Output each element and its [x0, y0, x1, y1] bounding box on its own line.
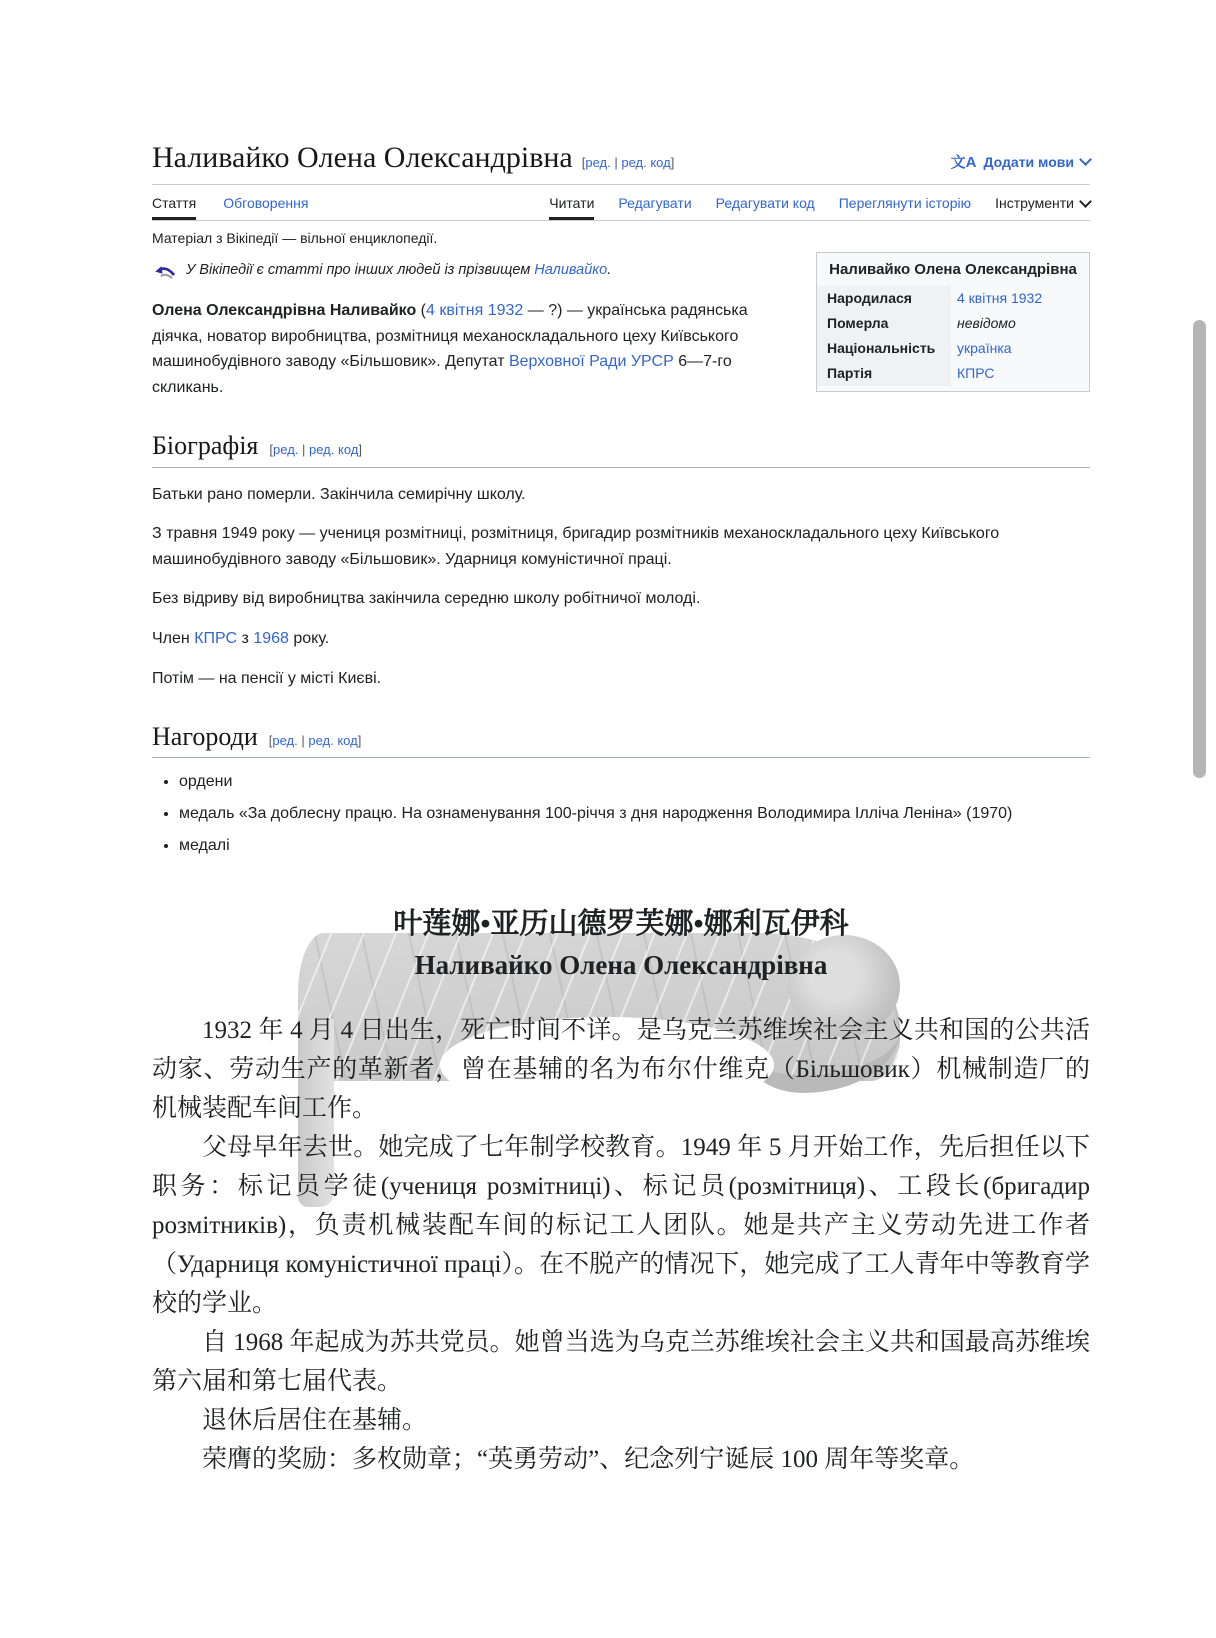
inline-link[interactable]: 4 квітня	[426, 302, 483, 319]
infobox-label: Національність	[817, 336, 951, 361]
article-tabbar: Стаття Обговорення Читати Редагувати Ред…	[152, 185, 1090, 221]
text-segment: .	[607, 262, 611, 278]
infobox-value-link[interactable]: КПРС	[957, 365, 995, 381]
language-icon: 文A	[951, 151, 977, 172]
scrollbar-thumb[interactable]	[1193, 320, 1206, 778]
infobox-row: Партія КПРС	[817, 361, 1089, 386]
inline-link[interactable]: ред.	[585, 155, 610, 170]
tab-article[interactable]: Стаття	[152, 185, 196, 220]
inline-link[interactable]: ред.	[273, 442, 298, 457]
site-tagline: Матеріал з Вікіпедії — вільної енциклопе…	[152, 230, 1090, 246]
text-segment: з	[237, 630, 253, 647]
text-segment: |	[298, 733, 309, 748]
awards-list: ордени медаль «За доблесну працю. На озн…	[179, 770, 1090, 858]
tab-read[interactable]: Читати	[549, 185, 594, 220]
page-title: Наливайко Олена Олександрівна	[152, 141, 573, 174]
tab-edit[interactable]: Редагувати	[618, 185, 691, 220]
inline-link[interactable]: 1968	[253, 630, 289, 647]
text-segment: (	[416, 302, 426, 319]
infobox-value-link[interactable]: українка	[957, 340, 1012, 356]
tab-talk[interactable]: Обговорення	[223, 185, 308, 220]
infobox-label: Партія	[817, 361, 951, 386]
infobox-row: Народилася 4 квітня 1932	[817, 286, 1089, 311]
title-edit-links[interactable]: [ред. | ред. код]	[582, 155, 675, 170]
section-edit-links[interactable]: [ред. | ред. код]	[269, 733, 362, 748]
inline-link[interactable]: Верховної Ради УРСР	[509, 353, 674, 370]
infobox-label: Померла	[817, 311, 951, 336]
section-heading-biography: Біографія[ред. | ред. код]	[152, 430, 1090, 467]
infobox-value: невідомо	[951, 311, 1089, 336]
inline-link[interactable]: Наливайко	[534, 262, 607, 278]
section-edit-links[interactable]: [ред. | ред. код]	[269, 442, 362, 457]
inline-link[interactable]: 1932	[488, 302, 524, 319]
chinese-title: 叶莲娜•亚历山德罗芙娜•娜利瓦伊科	[152, 901, 1090, 942]
tools-label: Інструменти	[995, 195, 1074, 211]
add-languages-label: Додати мови	[984, 154, 1074, 170]
biography-paragraph: Потім — на пенсії у місті Києві.	[152, 666, 1090, 692]
award-list-item: медаль «За доблесну працю. На ознаменува…	[179, 802, 1090, 827]
infobox-value-link[interactable]: 4 квітня 1932	[957, 290, 1042, 306]
person-infobox: Наливайко Олена Олександрівна Народилася…	[816, 252, 1090, 392]
chinese-paragraph: 退休后居住在基辅。	[152, 1401, 1090, 1440]
section-heading-awards: Нагороди[ред. | ред. код]	[152, 721, 1090, 758]
chevron-down-icon	[1079, 195, 1092, 208]
tab-edit-source[interactable]: Редагувати код	[716, 185, 815, 220]
text-segment: У Вікіпедії є статті про інших людей із …	[186, 262, 534, 278]
biography-paragraph: Батьки рано померли. Закінчила семирічну…	[152, 482, 1090, 508]
hatnote: У Вікіпедії є статті про інших людей із …	[152, 262, 794, 285]
biography-paragraph: Член КПРС з 1968 року.	[152, 626, 1090, 652]
split-arrow-icon	[152, 264, 176, 285]
chinese-paragraph: 父母早年去世。她完成了七年制学校教育。1949 年 5 月开始工作，先后担任以下…	[152, 1128, 1090, 1323]
hatnote-text: У Вікіпедії є статті про інших людей із …	[186, 262, 611, 278]
infobox-row: Померла невідомо	[817, 311, 1089, 336]
ukrainian-name-title: Наливайко Олена Олександрівна	[152, 950, 1090, 981]
text-segment: ]	[358, 442, 362, 457]
inline-link[interactable]: ред. код	[309, 442, 358, 457]
text-segment: Член	[152, 630, 194, 647]
title-row: Наливайко Олена Олександрівна[ред. | ред…	[152, 141, 1090, 185]
section-title: Біографія	[152, 431, 258, 460]
chinese-paragraph: 1932 年 4 月 4 日出生，死亡时间不详。是乌克兰苏维埃社会主义共和国的公…	[152, 1011, 1090, 1128]
chinese-paragraph: 荣膺的奖励：多枚勋章；“英勇劳动”、纪念列宁诞辰 100 周年等奖章。	[152, 1440, 1090, 1479]
chinese-paragraph: 自 1968 年起成为苏共党员。她曾当选为乌克兰苏维埃社会主义共和国最高苏维埃第…	[152, 1323, 1090, 1401]
chevron-down-icon	[1079, 153, 1092, 166]
inline-link[interactable]: КПРС	[194, 630, 237, 647]
infobox-title: Наливайко Олена Олександрівна	[817, 253, 1089, 286]
text-segment: Олена Олександрівна Наливайко	[152, 302, 416, 319]
text-segment: року.	[289, 630, 329, 647]
page-title-wrap: Наливайко Олена Олександрівна[ред. | ред…	[152, 141, 674, 174]
inline-link[interactable]: ред. код	[308, 733, 357, 748]
inline-link[interactable]: ред. код	[621, 155, 670, 170]
infobox-label: Народилася	[817, 286, 951, 311]
award-list-item: медалі	[179, 834, 1090, 859]
biography-paragraph: Без відриву від виробництва закінчила се…	[152, 586, 1090, 612]
tabbar-right-group: Читати Редагувати Редагувати код Перегля…	[525, 185, 1090, 220]
text-segment: ]	[671, 155, 675, 170]
chinese-translation-section: 叶莲娜•亚历山德罗芙娜•娜利瓦伊科 Наливайко Олена Олекса…	[152, 901, 1090, 1479]
section-title: Нагороди	[152, 722, 258, 751]
wikipedia-article-page: Наливайко Олена Олександрівна[ред. | ред…	[0, 0, 1216, 1638]
text-segment: ]	[358, 733, 362, 748]
tab-view-history[interactable]: Переглянути історію	[839, 185, 971, 220]
text-segment: |	[298, 442, 309, 457]
infobox-row: Національність українка	[817, 336, 1089, 361]
inline-link[interactable]: ред.	[272, 733, 297, 748]
chinese-body: 1932 年 4 月 4 日出生，死亡时间不详。是乌克兰苏维埃社会主义共和国的公…	[152, 1011, 1090, 1479]
add-languages-button[interactable]: 文A Додати мови	[951, 151, 1090, 172]
biography-paragraph: З травня 1949 року — учениця розмітниці,…	[152, 521, 1090, 572]
tools-menu-button[interactable]: Інструменти	[995, 185, 1090, 220]
text-segment: |	[611, 155, 622, 170]
award-list-item: ордени	[179, 770, 1090, 795]
